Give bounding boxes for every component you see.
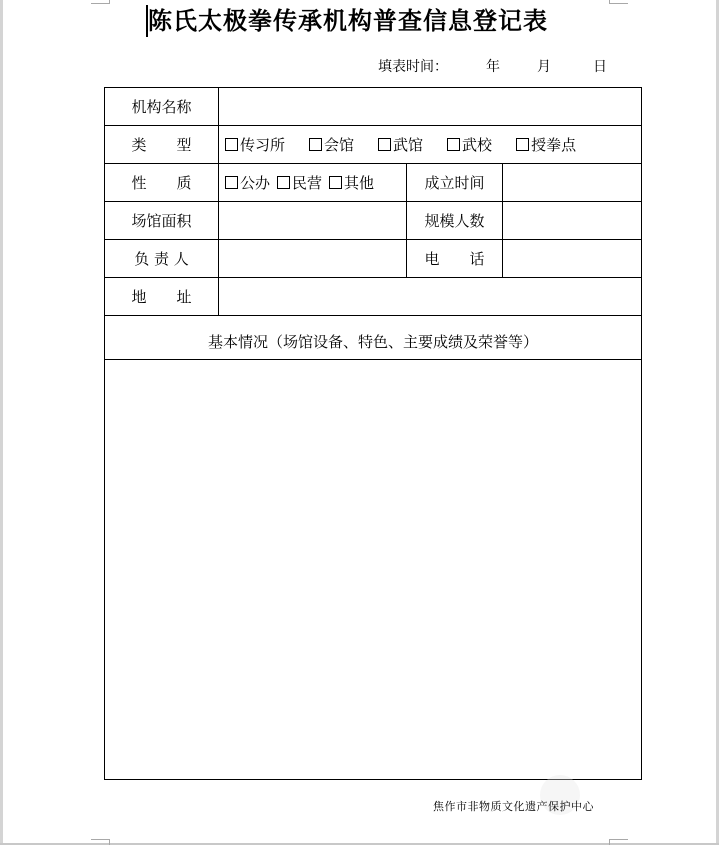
checkbox-icon[interactable]: [225, 138, 238, 151]
scale-label: 规模人数: [407, 202, 503, 240]
row-org-name: 机构名称: [105, 88, 642, 126]
nature-label: 性 质: [105, 164, 219, 202]
type-label: 类 型: [105, 126, 219, 164]
type-option-shouquandian[interactable]: 授拳点: [516, 134, 576, 155]
nature-option-public[interactable]: 公办: [225, 172, 270, 193]
row-address: 地 址: [105, 278, 642, 316]
type-options: 传习所会馆武馆武校授拳点: [219, 126, 642, 164]
margin-corner-mark-bottom-right: [609, 839, 628, 845]
type-option-wuxiao[interactable]: 武校: [447, 134, 492, 155]
page-edge-left: [0, 0, 3, 845]
row-venue-area: 场馆面积 规模人数: [105, 202, 642, 240]
checkbox-icon[interactable]: [329, 176, 342, 189]
venue-area-label: 场馆面积: [105, 202, 219, 240]
footer-organization: 焦作市非物质文化遗产保护中心: [433, 798, 594, 814]
fill-date-month[interactable]: 月: [537, 57, 551, 77]
margin-corner-mark-top-left: [91, 0, 110, 4]
org-name-field[interactable]: [219, 88, 642, 126]
checkbox-icon[interactable]: [277, 176, 290, 189]
address-label: 地 址: [105, 278, 219, 316]
row-nature: 性 质 公办民营其他 成立时间: [105, 164, 642, 202]
checkbox-icon[interactable]: [516, 138, 529, 151]
type-option-huiguan[interactable]: 会馆: [309, 134, 354, 155]
row-basic-info-header: 基本情况（场馆设备、特色、主要成绩及荣誉等）: [105, 316, 642, 360]
person-in-charge-field[interactable]: [219, 240, 407, 278]
venue-area-field[interactable]: [219, 202, 407, 240]
document-title[interactable]: 陈氏太极拳传承机构普查信息登记表: [148, 4, 548, 38]
person-in-charge-label: 负 责 人: [105, 240, 219, 278]
established-field[interactable]: [503, 164, 642, 202]
margin-corner-mark-top-right: [609, 0, 628, 4]
type-option-chuanxisuo[interactable]: 传习所: [225, 134, 285, 155]
registration-form-table: 机构名称 类 型 传习所会馆武馆武校授拳点 性 质 公办民营其他 成立时间 场馆…: [104, 87, 642, 780]
checkbox-icon[interactable]: [225, 176, 238, 189]
scale-field[interactable]: [503, 202, 642, 240]
fill-date-year[interactable]: 年: [486, 57, 500, 77]
type-option-wuguan[interactable]: 武馆: [378, 134, 423, 155]
basic-info-label: 基本情况（场馆设备、特色、主要成绩及荣誉等）: [105, 316, 642, 360]
address-field[interactable]: [219, 278, 642, 316]
checkbox-icon[interactable]: [378, 138, 391, 151]
fill-date-day[interactable]: 日: [593, 57, 607, 77]
row-type: 类 型 传习所会馆武馆武校授拳点: [105, 126, 642, 164]
phone-label: 电 话: [407, 240, 503, 278]
nature-option-other[interactable]: 其他: [329, 172, 374, 193]
established-label: 成立时间: [407, 164, 503, 202]
checkbox-icon[interactable]: [447, 138, 460, 151]
basic-info-field[interactable]: [105, 360, 642, 780]
margin-corner-mark-bottom-left: [91, 839, 110, 845]
nature-option-private[interactable]: 民营: [277, 172, 322, 193]
checkbox-icon[interactable]: [309, 138, 322, 151]
fill-date-label: 填表时间：: [378, 57, 448, 77]
row-basic-info-body: [105, 360, 642, 780]
row-person-in-charge: 负 责 人 电 话: [105, 240, 642, 278]
phone-field[interactable]: [503, 240, 642, 278]
nature-options: 公办民营其他: [219, 164, 407, 202]
org-name-label: 机构名称: [105, 88, 219, 126]
